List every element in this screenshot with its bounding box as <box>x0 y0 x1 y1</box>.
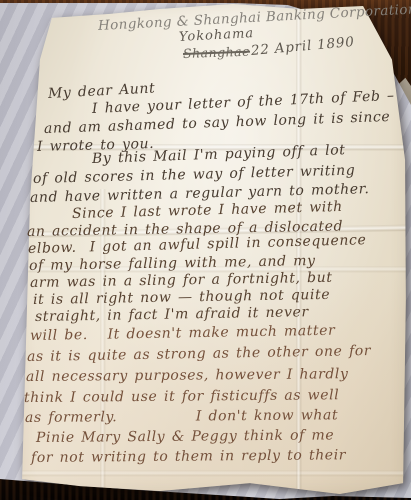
letter-line: will be. It doesn't make much matter <box>30 323 336 344</box>
letter-photograph: Hongkong & Shanghai Banking Corporation … <box>0 0 411 500</box>
date-line: 22 April 1890 <box>250 34 355 59</box>
place-struck-out: Shanghae <box>183 44 251 61</box>
letterhead-script: Hongkong & Shanghai Banking Corporation <box>98 1 411 34</box>
handwritten-text: Hongkong & Shanghai Banking Corporation … <box>0 0 411 500</box>
letter-line: for not writing to them in reply to thei… <box>31 447 346 466</box>
letter-line: straight, in fact I'm afraid it never <box>35 304 309 325</box>
letter-line: Pinie Mary Sally & Peggy think of me <box>36 427 334 446</box>
letter-line: all necessary purposes, however I hardly <box>26 366 349 385</box>
letter-line: think I could use it for fisticuffs as w… <box>24 387 339 406</box>
place-written: Yokohama <box>179 26 255 45</box>
letter-line: as it is quite as strong as the other on… <box>27 343 371 365</box>
letter-line: as formerly. I don't know what <box>25 407 338 426</box>
